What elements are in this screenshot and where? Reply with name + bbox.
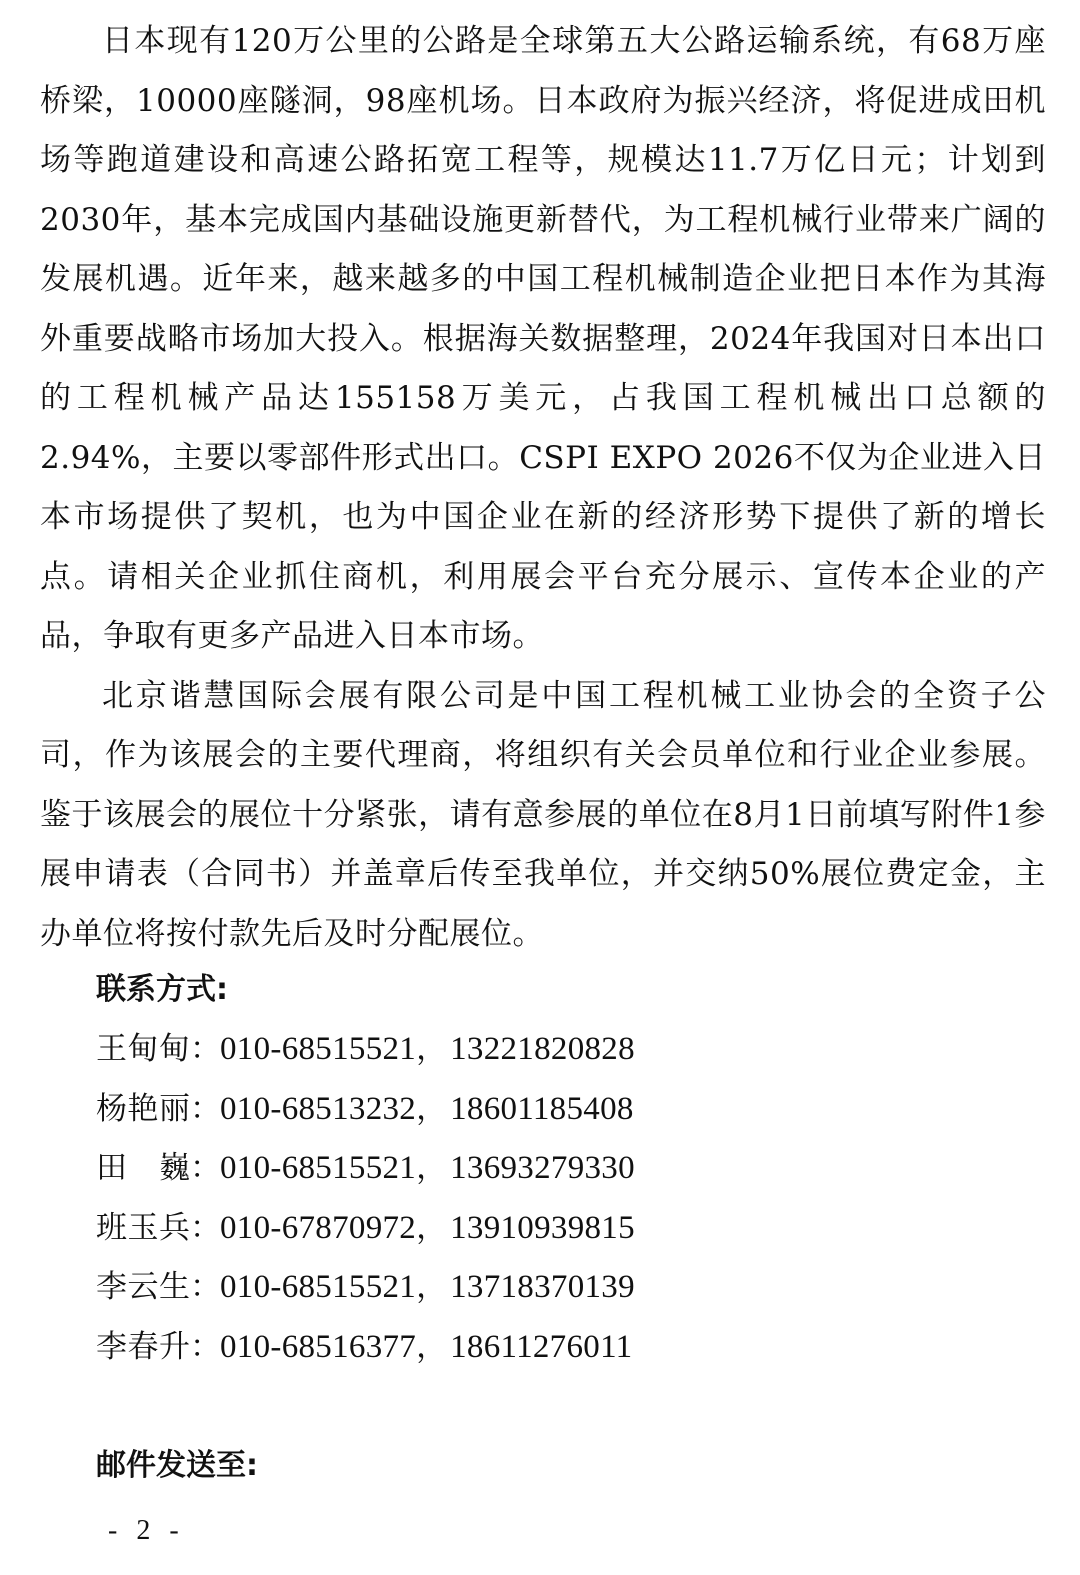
page-number: - 2 - <box>108 1515 185 1547</box>
contact-row: 田巍 ： 010-68515521 ， 13693279330 <box>96 1139 796 1199</box>
contact-name: 王甸甸 <box>96 1020 190 1080</box>
contact-separator: ， <box>416 1020 450 1080</box>
contact-telephone: 010-68513232 <box>220 1080 416 1140</box>
contact-telephone: 010-67870972 <box>220 1199 416 1259</box>
contact-telephone: 010-68516377 <box>220 1318 416 1378</box>
contact-row: 王甸甸 ： 010-68515521 ， 13221820828 <box>96 1020 796 1080</box>
document-body: 日本现有120万公里的公路是全球第五大公路运输系统，有68万座桥梁，10000座… <box>40 12 1046 964</box>
contact-separator: ， <box>416 1199 450 1259</box>
contact-colon: ： <box>190 1318 220 1378</box>
contact-name: 李春升 <box>96 1318 190 1378</box>
contact-separator: ， <box>416 1080 450 1140</box>
contact-separator: ， <box>416 1258 450 1318</box>
contact-section: 联系方式: 王甸甸 ： 010-68515521 ， 13221820828 杨… <box>96 960 796 1377</box>
contact-separator: ， <box>416 1139 450 1199</box>
contact-mobile: 13693279330 <box>450 1139 635 1199</box>
contact-row: 杨艳丽 ： 010-68513232 ， 18601185408 <box>96 1080 796 1140</box>
contact-mobile: 18601185408 <box>450 1080 634 1140</box>
contact-name: 杨艳丽 <box>96 1080 190 1140</box>
contact-name: 田巍 <box>96 1139 190 1199</box>
contact-separator: ， <box>416 1318 450 1378</box>
contact-colon: ： <box>190 1080 220 1140</box>
contact-colon: ： <box>190 1258 220 1318</box>
contact-row: 班玉兵 ： 010-67870972 ， 13910939815 <box>96 1199 796 1259</box>
contact-telephone: 010-68515521 <box>220 1139 416 1199</box>
contact-row: 李云生 ： 010-68515521 ， 13718370139 <box>96 1258 796 1318</box>
contact-telephone: 010-68515521 <box>220 1258 416 1318</box>
mail-section: 邮件发送至: <box>96 1436 258 1496</box>
contact-name: 李云生 <box>96 1258 190 1318</box>
contact-row: 李春升 ： 010-68516377 ， 18611276011 <box>96 1318 796 1378</box>
contact-mobile: 13221820828 <box>450 1020 635 1080</box>
paragraph-organizer-info: 北京谐慧国际会展有限公司是中国工程机械工业协会的全资子公司，作为该展会的主要代理… <box>40 667 1046 965</box>
contact-colon: ： <box>190 1199 220 1259</box>
contact-colon: ： <box>190 1139 220 1199</box>
contact-mobile: 18611276011 <box>450 1318 632 1378</box>
contact-colon: ： <box>190 1020 220 1080</box>
contact-name: 班玉兵 <box>96 1199 190 1259</box>
contact-mobile: 13910939815 <box>450 1199 635 1259</box>
mail-heading: 邮件发送至: <box>96 1436 258 1496</box>
paragraph-japan-market: 日本现有120万公里的公路是全球第五大公路运输系统，有68万座桥梁，10000座… <box>40 12 1046 667</box>
contact-heading: 联系方式: <box>96 960 796 1020</box>
contact-telephone: 010-68515521 <box>220 1020 416 1080</box>
contact-mobile: 13718370139 <box>450 1258 635 1318</box>
